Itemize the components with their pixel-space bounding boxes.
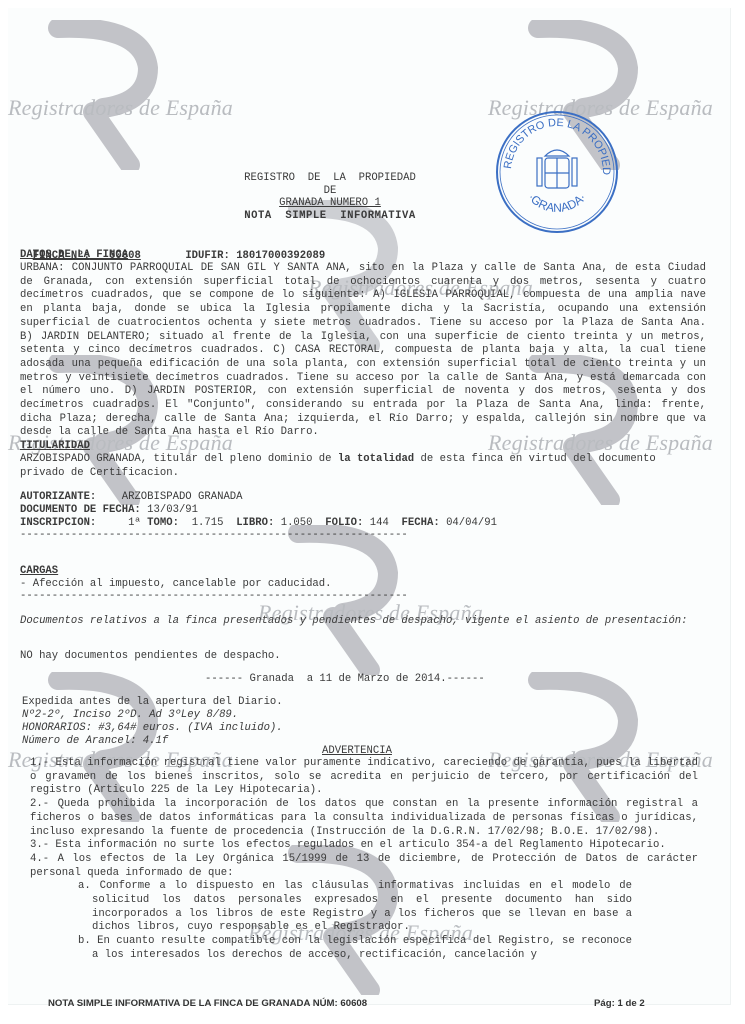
header-line-registro: REGISTRO DE LA PROPIEDAD (200, 172, 460, 185)
coat-of-arms-icon (537, 150, 577, 188)
separator-line: ----------------------------------------… (20, 590, 406, 603)
documentos-pendientes-status: NO hay documentos pendientes de despacho… (20, 650, 281, 664)
document-title: NOTA SIMPLE INFORMATIVA (200, 210, 460, 223)
advertencia-item-3: 3.- Esta información no surte los efecto… (30, 839, 698, 853)
svg-text:REGISTRO DE LA PROPIEDAD NUMER: REGISTRO DE LA PROPIEDAD NUMERO UNO (493, 108, 612, 175)
legal-reference-line: Nº2-2º, Inciso 2ºD. Ad 3ºLey 8/89. (22, 709, 238, 723)
advertencia-subitem-a: a. Conforme a lo dispuesto en las cláusu… (78, 880, 632, 935)
document-header: REGISTRO DE LA PROPIEDAD DE GRANADA NUME… (200, 172, 460, 222)
advertencia-item-4: 4.- A los efectos de la Ley Orgánica 15/… (30, 853, 698, 880)
footer-document-reference: NOTA SIMPLE INFORMATIVA DE LA FINCA DE G… (48, 998, 367, 1009)
arancel-line: Número de Arancel: 4.1f (22, 735, 168, 749)
advertencia-subitem-b: b. En cuanto resulte compatible con la l… (78, 935, 632, 962)
cargas-heading: CARGAS (20, 565, 58, 579)
titularidad-text: ARZOBISPADO GRANADA, titular del pleno d… (20, 453, 680, 480)
datos-heading: DATOS DE LA FINCA (20, 249, 128, 263)
autorizante-row: AUTORIZANTE: ARZOBISPADO GRANADA (20, 491, 243, 505)
advertencia-list: 1.- Esta información registral tiene val… (30, 757, 698, 963)
honorarios-line: HONORARIOS: #3,64# euros. (IVA incluido)… (22, 722, 283, 736)
datos-finca-description: URBANA: CONJUNTO PARROQUIAL DE SAN GIL Y… (20, 262, 706, 440)
documento-fecha-row: DOCUMENTO DE FECHA: 13/03/91 (20, 504, 198, 518)
separator-line: ----------------------------------------… (20, 529, 406, 542)
svg-text:·GRANADA·: ·GRANADA· (525, 190, 589, 215)
header-line-de: DE (200, 185, 460, 198)
titularidad-heading: TITULARIDAD (20, 440, 90, 454)
expedida-line: Expedida antes de la apertura del Diario… (22, 696, 283, 710)
idufir-label: IDUFIR: (185, 250, 230, 262)
footer-page-number: Pág: 1 de 2 (594, 998, 645, 1009)
issue-date-line: ------ Granada a 11 de Marzo de 2014.---… (205, 673, 485, 687)
documentos-pendientes-intro: Documentos relativos a la finca presenta… (20, 615, 706, 629)
advertencia-item-1: 1.- Esta información registral tiene val… (30, 757, 698, 798)
header-registry-name: GRANADA NUMERO 1 (200, 197, 460, 210)
advertencia-item-2: 2.- Queda prohibida la incorporación de … (30, 798, 698, 839)
registry-seal-stamp: REGISTRO DE LA PROPIEDAD NUMERO UNO ·GRA… (493, 108, 621, 236)
idufir-value: 18017000392089 (236, 250, 325, 262)
